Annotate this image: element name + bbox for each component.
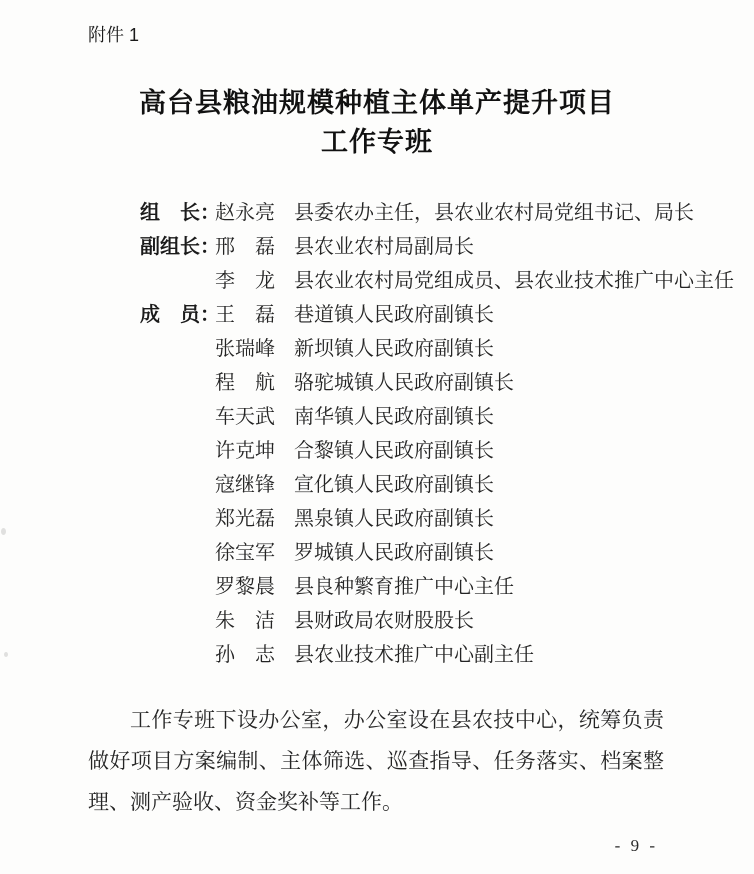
roster-row: 程 航 骆驼城镇人民政府副镇长 — [140, 366, 718, 400]
role-label — [140, 536, 215, 570]
member-title: 县农业技术推广中心副主任 — [294, 638, 718, 672]
member-name: 许克坤 — [215, 434, 285, 468]
document-title: 高台县粮油规模种植主体单产提升项目 工作专班 — [0, 84, 754, 162]
role-label: 组 长： — [140, 196, 215, 230]
roster-row: 许克坤 合黎镇人民政府副镇长 — [140, 434, 718, 468]
roster-row: 寇继锋 宣化镇人民政府副镇长 — [140, 468, 718, 502]
member-name: 程 航 — [215, 366, 285, 400]
member-title: 骆驼城镇人民政府副镇长 — [294, 366, 718, 400]
member-name: 张瑞峰 — [215, 332, 285, 366]
roster-row: 李 龙 县农业农村局党组成员、县农业技术推广中心主任 — [140, 264, 718, 298]
member-title: 巷道镇人民政府副镇长 — [294, 298, 718, 332]
roster-row: 张瑞峰 新坝镇人民政府副镇长 — [140, 332, 718, 366]
member-title: 县良种繁育推广中心主任 — [294, 570, 718, 604]
member-name: 王 磊 — [215, 298, 285, 332]
role-label — [140, 366, 215, 400]
role-label: 副组长： — [140, 230, 215, 264]
member-name: 邢 磊 — [215, 230, 285, 264]
page-number: - 9 - — [615, 836, 658, 856]
roster-row: 朱 洁 县财政局农财股股长 — [140, 604, 718, 638]
member-title: 宣化镇人民政府副镇长 — [294, 468, 718, 502]
role-label: 成 员： — [140, 298, 215, 332]
scan-artifact — [4, 652, 8, 657]
role-label — [140, 638, 215, 672]
member-title: 罗城镇人民政府副镇长 — [294, 536, 718, 570]
member-title: 县财政局农财股股长 — [294, 604, 718, 638]
member-name: 李 龙 — [215, 264, 285, 298]
role-label — [140, 570, 215, 604]
roster-row: 副组长： 邢 磊 县农业农村局副局长 — [140, 230, 718, 264]
member-name: 郑光磊 — [215, 502, 285, 536]
member-name: 罗黎晨 — [215, 570, 285, 604]
roster-row: 罗黎晨 县良种繁育推广中心主任 — [140, 570, 718, 604]
role-label — [140, 468, 215, 502]
role-label — [140, 400, 215, 434]
member-name: 寇继锋 — [215, 468, 285, 502]
document-page: 附件 1 高台县粮油规模种植主体单产提升项目 工作专班 组 长： 赵永亮 县委农… — [0, 0, 754, 874]
roster-row: 成 员： 王 磊 巷道镇人民政府副镇长 — [140, 298, 718, 332]
member-title: 南华镇人民政府副镇长 — [294, 400, 718, 434]
member-title: 黑泉镇人民政府副镇长 — [294, 502, 718, 536]
document-title-line2: 工作专班 — [0, 123, 754, 162]
member-title: 合黎镇人民政府副镇长 — [294, 434, 718, 468]
roster-row: 组 长： 赵永亮 县委农办主任，县农业农村局党组书记、局长 — [140, 196, 718, 230]
role-label — [140, 502, 215, 536]
member-name: 车天武 — [215, 400, 285, 434]
roster-row: 郑光磊 黑泉镇人民政府副镇长 — [140, 502, 718, 536]
member-name: 赵永亮 — [215, 196, 285, 230]
closing-paragraph: 工作专班下设办公室，办公室设在县农技中心，统筹负责做好项目方案编制、主体筛选、巡… — [88, 700, 664, 823]
roster-row: 徐宝军 罗城镇人民政府副镇长 — [140, 536, 718, 570]
role-label — [140, 264, 215, 298]
member-name: 朱 洁 — [215, 604, 285, 638]
member-name: 孙 志 — [215, 638, 285, 672]
work-team-roster: 组 长： 赵永亮 县委农办主任，县农业农村局党组书记、局长 副组长： 邢 磊 县… — [140, 196, 718, 672]
member-name: 徐宝军 — [215, 536, 285, 570]
member-title: 县委农办主任，县农业农村局党组书记、局长 — [294, 196, 718, 230]
document-title-line1: 高台县粮油规模种植主体单产提升项目 — [0, 84, 754, 123]
role-label — [140, 332, 215, 366]
member-title: 县农业农村局党组成员、县农业技术推广中心主任 — [294, 264, 734, 298]
attachment-label: 附件 1 — [88, 22, 139, 48]
role-label — [140, 604, 215, 638]
role-label — [140, 434, 215, 468]
scan-artifact — [1, 528, 6, 535]
roster-row: 孙 志 县农业技术推广中心副主任 — [140, 638, 718, 672]
roster-row: 车天武 南华镇人民政府副镇长 — [140, 400, 718, 434]
member-title: 新坝镇人民政府副镇长 — [294, 332, 718, 366]
member-title: 县农业农村局副局长 — [294, 230, 718, 264]
